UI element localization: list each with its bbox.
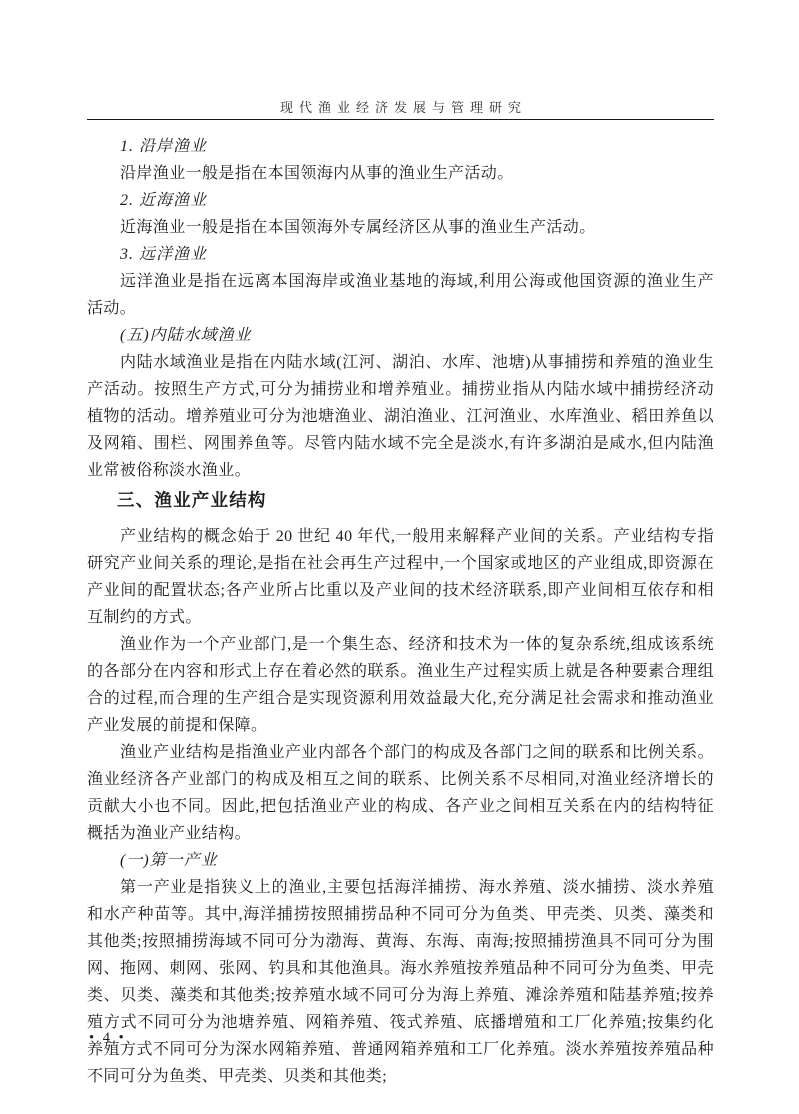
paragraph: 沿岸渔业一般是指在本国领海内从事的渔业生产活动。	[87, 160, 714, 187]
running-title: 现代渔业经济发展与管理研究	[87, 97, 714, 116]
page-number: • 4 •	[89, 1030, 126, 1047]
section-heading-fishery-industry-structure: 三、渔业产业结构	[87, 487, 714, 514]
document-page: 现代渔业经济发展与管理研究 1. 沿岸渔业 沿岸渔业一般是指在本国领海内从事的渔…	[0, 0, 799, 1114]
subheading-primary-industry: (一)第一产业	[87, 847, 714, 874]
numbered-subheading-offshore-fishery: 2. 近海渔业	[87, 187, 714, 214]
header-rule	[87, 119, 714, 120]
page-body: 1. 沿岸渔业 沿岸渔业一般是指在本国领海内从事的渔业生产活动。 2. 近海渔业…	[87, 133, 714, 1090]
numbered-subheading-coastal-fishery: 1. 沿岸渔业	[87, 133, 714, 160]
subheading-inland-water-fishery: (五)内陆水域渔业	[87, 322, 714, 349]
paragraph: 远洋渔业是指在远离本国海岸或渔业基地的海域,利用公海或他国资源的渔业生产活动。	[87, 268, 714, 322]
paragraph: 渔业作为一个产业部门,是一个集生态、经济和技术为一体的复杂系统,组成该系统的各部…	[87, 631, 714, 739]
paragraph: 内陆水域渔业是指在内陆水域(江河、湖泊、水库、池塘)从事捕捞和养殖的渔业生产活动…	[87, 349, 714, 484]
paragraph: 产业结构的概念始于 20 世纪 40 年代,一般用来解释产业间的关系。产业结构专…	[87, 523, 714, 631]
paragraph: 渔业产业结构是指渔业产业内部各个部门的构成及各部门之间的联系和比例关系。渔业经济…	[87, 739, 714, 847]
paragraph: 第一产业是指狭义上的渔业,主要包括海洋捕捞、海水养殖、淡水捕捞、淡水养殖和水产种…	[87, 874, 714, 1090]
paragraph: 近海渔业一般是指在本国领海外专属经济区从事的渔业生产活动。	[87, 214, 714, 241]
numbered-subheading-distant-water-fishery: 3. 远洋渔业	[87, 241, 714, 268]
